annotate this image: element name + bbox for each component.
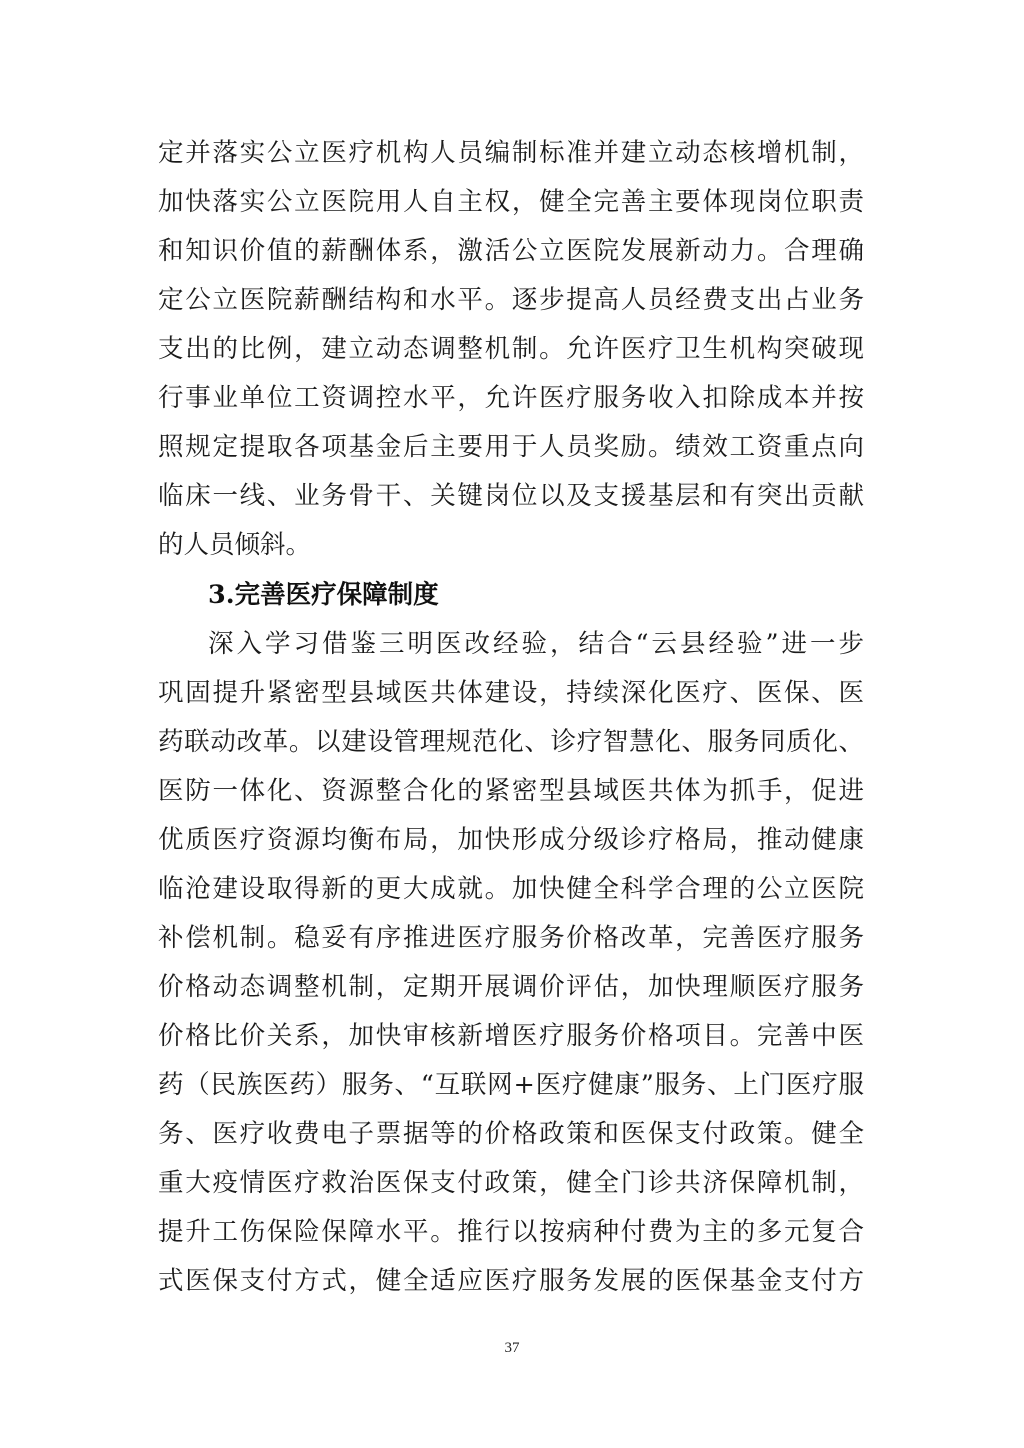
paragraph-line: 巩固提升紧密型县域医共体建设，持续深化医疗、医保、医 [158, 675, 864, 711]
paragraph-line: 深入学习借鉴三明医改经验，结合“云县经验”进一步 [208, 626, 864, 662]
paragraph-line: 照规定提取各项基金后主要用于人员奖励。绩效工资重点向 [158, 429, 864, 465]
paragraph-line: 定公立医院薪酬结构和水平。逐步提高人员经费支出占业务 [158, 282, 864, 318]
paragraph-line: 的人员倾斜。 [158, 527, 864, 563]
paragraph-line: 临沧建设取得新的更大成就。加快健全科学合理的公立医院 [158, 871, 864, 907]
paragraph-line: 加快落实公立医院用人自主权，健全完善主要体现岗位职责 [158, 184, 864, 220]
paragraph-line: 临床一线、业务骨干、关键岗位以及支援基层和有突出贡献 [158, 478, 864, 514]
paragraph-line: 行事业单位工资调控水平，允许医疗服务收入扣除成本并按 [158, 380, 864, 416]
paragraph-line: 药（民族医药）服务、“互联网+医疗健康”服务、上门医疗服 [158, 1067, 864, 1103]
paragraph-line: 补偿机制。稳妥有序推进医疗服务价格改革，完善医疗服务 [158, 920, 864, 956]
paragraph-line: 提升工伤保险保障水平。推行以按病种付费为主的多元复合 [158, 1214, 864, 1250]
document-page: 定并落实公立医疗机构人员编制标准并建立动态核增机制， 加快落实公立医院用人自主权… [0, 0, 1024, 1448]
paragraph-line: 医防一体化、资源整合化的紧密型县域医共体为抓手，促进 [158, 773, 864, 809]
page-number: 37 [0, 1340, 1024, 1357]
paragraph-line: 优质医疗资源均衡布局，加快形成分级诊疗格局，推动健康 [158, 822, 864, 858]
paragraph-line: 重大疫情医疗救治医保支付政策，健全门诊共济保障机制， [158, 1165, 864, 1201]
paragraph-line: 支出的比例，建立动态调整机制。允许医疗卫生机构突破现 [158, 331, 864, 367]
paragraph-line: 和知识价值的薪酬体系，激活公立医院发展新动力。合理确 [158, 233, 864, 269]
paragraph-line: 式医保支付方式，健全适应医疗服务发展的医保基金支付方 [158, 1263, 864, 1299]
section-heading: 3.完善医疗保障制度 [208, 577, 439, 613]
paragraph-line: 药联动改革。以建设管理规范化、诊疗智慧化、服务同质化、 [158, 724, 864, 760]
paragraph-line: 价格动态调整机制，定期开展调价评估，加快理顺医疗服务 [158, 969, 864, 1005]
paragraph-line: 价格比价关系，加快审核新增医疗服务价格项目。完善中医 [158, 1018, 864, 1054]
paragraph-line: 务、医疗收费电子票据等的价格政策和医保支付政策。健全 [158, 1116, 864, 1152]
paragraph-line: 定并落实公立医疗机构人员编制标准并建立动态核增机制， [158, 135, 864, 171]
